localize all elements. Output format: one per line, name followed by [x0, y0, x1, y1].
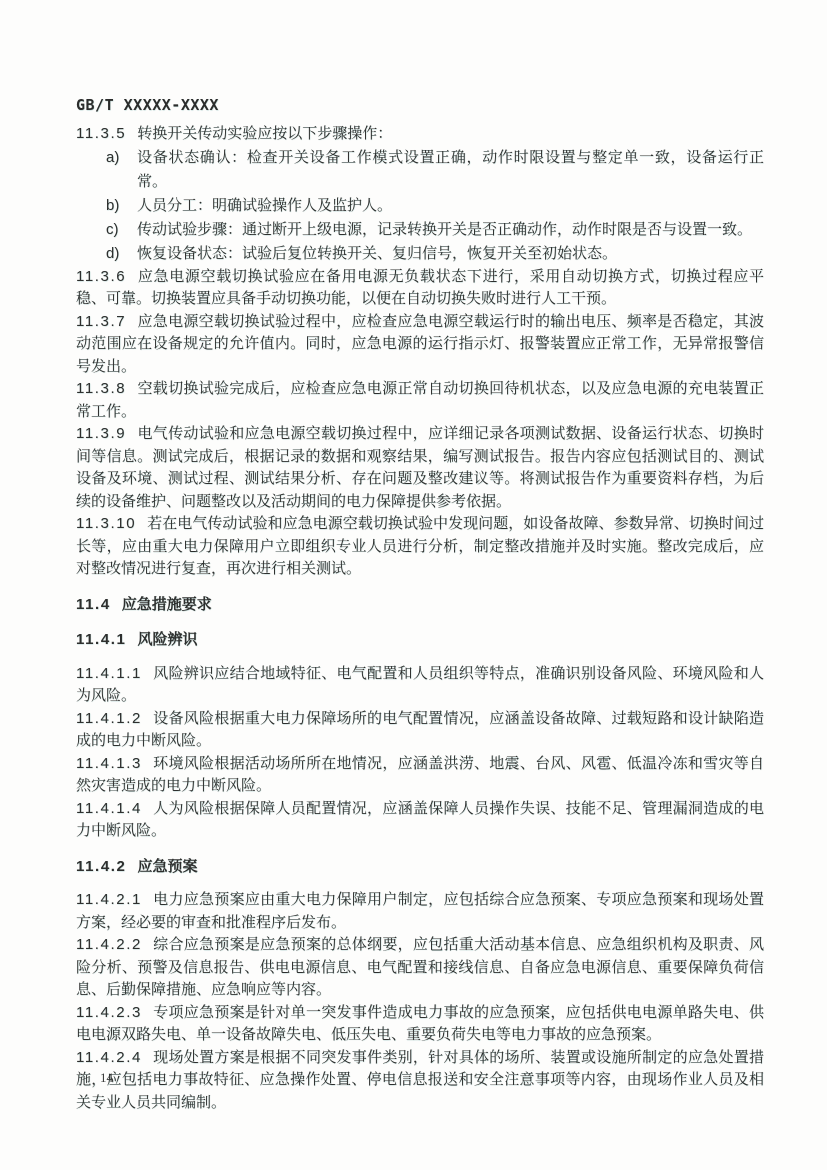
section-number: 11.4.2.4 — [76, 1049, 142, 1066]
list-item-marker: b) — [106, 194, 137, 218]
list-item: c)传动试验步骤：通过断开上级电源，记录转换开关是否正确动作，动作时限是否与设置… — [76, 218, 764, 242]
section-number: 11.3.5 — [76, 125, 126, 142]
section-number: 11.3.9 — [76, 425, 126, 442]
paragraph-text: 专项应急预案是针对单一突发事件造成电力事故的应急预案，应包括供电电源单路失电、供… — [76, 1004, 764, 1044]
heading-text: 应急预案 — [137, 858, 197, 875]
section-number: 11.4.1.3 — [76, 755, 142, 772]
paragraph-text: 现场处置方案是根据不同突发事件类别，针对具体的场所、装置或设施所制定的应急处置措… — [76, 1049, 764, 1111]
paragraph-text: 人为风险根据保障人员配置情况，应涵盖保障人员操作失误、技能不足、管理漏洞造成的电… — [76, 800, 764, 840]
list-item: a)设备状态确认：检查开关设备工作模式设置正确，动作时限设置与整定单一致，设备运… — [76, 146, 764, 194]
section-paragraph: 11.4.2.1电力应急预案应由重大电力保障用户制定，应包括综合应急预案、专项应… — [76, 889, 764, 934]
paragraph-text: 应急电源空载切换试验应在备用电源无负载状态下进行，采用自动切换方式，切换过程应平… — [76, 268, 764, 308]
section-paragraph: 11.4.2.4现场处置方案是根据不同突发事件类别，针对具体的场所、装置或设施所… — [76, 1047, 764, 1115]
section-number: 11.4.1.2 — [76, 710, 142, 727]
document-body: 11.3.5转换开关传动实验应按以下步骤操作：a)设备状态确认：检查开关设备工作… — [76, 123, 764, 1114]
section-paragraph: 11.4.1.4人为风险根据保障人员配置情况，应涵盖保障人员操作失误、技能不足、… — [76, 798, 764, 843]
list-item: b)人员分工：明确试验操作人及监护人。 — [76, 194, 764, 218]
section-paragraph: 11.4.2.2综合应急预案是应急预案的总体纲要，应包括重大活动基本信息、应急组… — [76, 934, 764, 1002]
section-number: 11.4 — [76, 596, 111, 613]
section-number: 11.3.8 — [76, 380, 126, 397]
section-number: 11.4.1.4 — [76, 800, 142, 817]
section-paragraph: 11.3.8空载切换试验完成后，应检查应急电源正常自动切换回待机状态，以及应急电… — [76, 378, 764, 423]
paragraph-text: 电力应急预案应由重大电力保障用户制定，应包括综合应急预案、专项应急预案和现场处置… — [76, 891, 764, 931]
page-number: 14 — [100, 1070, 113, 1086]
section-number: 11.4.1.1 — [76, 665, 142, 682]
paragraph-text: 综合应急预案是应急预案的总体纲要，应包括重大活动基本信息、应急组织机构及职责、风… — [76, 936, 764, 998]
heading-text: 风险辨识 — [137, 631, 197, 648]
list-item-marker: a) — [106, 146, 137, 194]
paragraph-text: 风险辨识应结合地域特征、电气配置和人员组织等特点，准确识别设备风险、环境风险和人… — [76, 665, 764, 705]
list-item-text: 恢复设备状态：试验后复位转换开关、复归信号，恢复开关至初始状态。 — [137, 242, 764, 266]
section-number: 11.4.2.2 — [76, 936, 142, 953]
standard-number-header: GB/T XXXXX-XXXX — [76, 96, 219, 114]
list-item-text: 人员分工：明确试验操作人及监护人。 — [137, 194, 764, 218]
section-heading: 11.4.1风险辨识 — [76, 629, 764, 652]
section-number: 11.3.6 — [76, 268, 126, 285]
list-item-marker: d) — [106, 242, 137, 266]
section-paragraph: 11.4.1.1风险辨识应结合地域特征、电气配置和人员组织等特点，准确识别设备风… — [76, 663, 764, 708]
section-paragraph: 11.3.9电气传动试验和应急电源空载切换过程中，应详细记录各项测试数据、设备运… — [76, 423, 764, 513]
section-paragraph: 11.4.2.3专项应急预案是针对单一突发事件造成电力事故的应急预案，应包括供电… — [76, 1002, 764, 1047]
paragraph-text: 电气传动试验和应急电源空载切换过程中，应详细记录各项测试数据、设备运行状态、切换… — [76, 425, 764, 510]
section-paragraph: 11.3.5转换开关传动实验应按以下步骤操作： — [76, 123, 764, 146]
paragraph-text: 空载切换试验完成后，应检查应急电源正常自动切换回待机状态，以及应急电源的充电装置… — [76, 380, 764, 420]
paragraph-text: 若在电气传动试验和应急电源空载切换试验中发现问题，如设备故障、参数异常、切换时间… — [76, 515, 764, 577]
document-page: GB/T XXXXX-XXXX 11.3.5转换开关传动实验应按以下步骤操作：a… — [0, 0, 827, 1170]
section-number: 11.3.7 — [76, 313, 126, 330]
list-item-text: 设备状态确认：检查开关设备工作模式设置正确，动作时限设置与整定单一致，设备运行正… — [137, 146, 764, 194]
section-paragraph: 11.4.1.3环境风险根据活动场所所在地情况，应涵盖洪涝、地震、台风、风雹、低… — [76, 753, 764, 798]
step-list: a)设备状态确认：检查开关设备工作模式设置正确，动作时限设置与整定单一致，设备运… — [76, 146, 764, 266]
section-number: 11.4.2.3 — [76, 1004, 142, 1021]
paragraph-text: 转换开关传动实验应按以下步骤操作： — [137, 125, 392, 142]
list-item-text: 传动试验步骤：通过断开上级电源，记录转换开关是否正确动作，动作时限是否与设置一致… — [137, 218, 764, 242]
section-number: 11.4.2 — [76, 858, 126, 875]
section-heading: 11.4应急措施要求 — [76, 594, 764, 617]
section-paragraph: 11.3.7应急电源空载切换试验过程中，应检查应急电源空载运行时的输出电压、频率… — [76, 311, 764, 379]
section-number: 11.4.1 — [76, 631, 126, 648]
section-heading: 11.4.2应急预案 — [76, 856, 764, 879]
section-number: 11.3.10 — [76, 515, 136, 532]
list-item: d)恢复设备状态：试验后复位转换开关、复归信号，恢复开关至初始状态。 — [76, 242, 764, 266]
heading-text: 应急措施要求 — [122, 596, 212, 613]
paragraph-text: 设备风险根据重大电力保障场所的电气配置情况，应涵盖设备故障、过载短路和设计缺陷造… — [76, 710, 764, 750]
section-paragraph: 11.3.6应急电源空载切换试验应在备用电源无负载状态下进行，采用自动切换方式，… — [76, 266, 764, 311]
section-number: 11.4.2.1 — [76, 891, 142, 908]
list-item-marker: c) — [106, 218, 137, 242]
paragraph-text: 应急电源空载切换试验过程中，应检查应急电源空载运行时的输出电压、频率是否稳定，其… — [76, 313, 764, 375]
paragraph-text: 环境风险根据活动场所所在地情况，应涵盖洪涝、地震、台风、风雹、低温冷冻和雪灾等自… — [76, 755, 764, 795]
section-paragraph: 11.4.1.2设备风险根据重大电力保障场所的电气配置情况，应涵盖设备故障、过载… — [76, 708, 764, 753]
section-paragraph: 11.3.10若在电气传动试验和应急电源空载切换试验中发现问题，如设备故障、参数… — [76, 513, 764, 581]
